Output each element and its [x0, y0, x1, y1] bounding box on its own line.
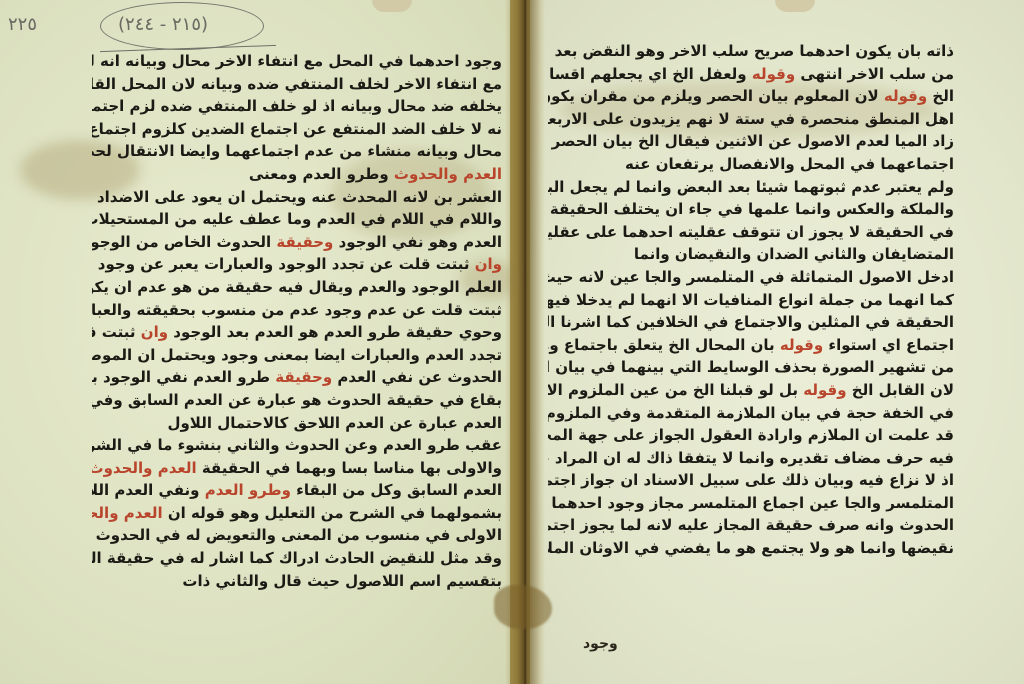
manuscript-line: زاد الميا لعدم الاصول عن الاثنين فيقال ا… [548, 130, 954, 153]
manuscript-line: ذاته بان يكون احدهما صريح سلب الاخر وهو … [548, 40, 954, 63]
rubric: وطرو العدم [205, 481, 291, 499]
manuscript-photo: ٢٢٥ (٢١٥ - ٢٤٤) وجود احدهما في المحل مع … [0, 0, 1024, 684]
manuscript-line: تجدد العدم والعبارات ايضا بمعنى وجود ويح… [92, 344, 502, 367]
rubric: وحقيقة [275, 368, 332, 386]
rubric: وقوله [752, 65, 795, 83]
manuscript-line: العدم عبارة عن العدم اللاحق كالاحتمال ال… [92, 412, 502, 435]
manuscript-line: العدم والحدوث وطرو العدم ومعنى [92, 163, 502, 186]
rubric: وان [141, 323, 168, 341]
manuscript-line: في الحقيقة لا يجوز ان تتوقف عقليته احدهم… [548, 221, 954, 244]
manuscript-line: نقيضها وانما هو ولا يجتمع هو ما يفضي في … [548, 537, 954, 560]
manuscript-line: مع انتفاء الاخر لخلف المنتفي ضده وبيانه … [92, 73, 502, 96]
manuscript-line: وحوي حقيقة طرو العدم هو العدم بعد الوجود… [92, 321, 502, 344]
manuscript-line: العشر بن لانه المحدث عنه ويحتمل ان يعود … [92, 186, 502, 209]
manuscript-line: عقب طرو العدم وعن الحدوث والثاني بنشوء م… [92, 434, 502, 457]
manuscript-line: ادخل الاصول المتماثلة في المتلمسر والجا … [548, 266, 954, 289]
manuscript-line: اذ لا نزاع فيه وبيان ذلك على سبيل الاسنا… [548, 469, 954, 492]
manuscript-line: بقاع في حقيقة الحدوث هو عبارة عن العدم ا… [92, 389, 502, 412]
binding-tab [775, 0, 815, 12]
manuscript-line: يخلفه ضد محال وبيانه اذ لو خلف المنتفي ض… [92, 95, 502, 118]
manuscript-line: الخ وقوله لان المعلوم بيان الحصر ويلزم م… [548, 85, 954, 108]
pencil-folio-range: (٢١٥ - ٢٤٤) [118, 14, 208, 35]
rubric: وقوله [884, 87, 927, 105]
manuscript-line: وقد مثل للنقيض الحادث ادراك كما اشار له … [92, 547, 502, 570]
manuscript-line: اهل المنطق منحصرة في ستة لا نهم يزيدون ع… [548, 108, 954, 131]
left-page-text: وجود احدهما في المحل مع انتفاء الاخر محا… [92, 50, 502, 592]
manuscript-line: بتقسيم اسم اللاصول حيث قال والثاني ذات [92, 570, 502, 593]
manuscript-line: ولم يعتبر عدم ثبوتهما شيئا بعد البعض وان… [548, 176, 954, 199]
right-page-text: ذاته بان يكون احدهما صريح سلب الاخر وهو … [548, 40, 954, 560]
manuscript-line: والاولى بها مناسا بسا وبهما في الحقيقة ا… [92, 457, 502, 480]
pencil-folio-number: ٢٢٥ [8, 14, 37, 35]
rubric: وقوله [780, 336, 823, 354]
manuscript-line: محال وبيانه منشاء من عدم اجتماعهما وايضا… [92, 140, 502, 163]
manuscript-line: والملكة والعكس وانما علمها في جاء ان يخت… [548, 198, 954, 221]
manuscript-line: الحدوث وانه صرف حقيقة المجاز عليه لانه ل… [548, 514, 954, 537]
manuscript-line: وان ثبتت قلت عن تجدد الوجود والعبارات يع… [92, 253, 502, 276]
manuscript-line: في الخفة حجة في بيان الملازمة المتقدمة و… [548, 402, 954, 425]
manuscript-line: واللام في اللام في العدم وما عطف عليه من… [92, 208, 502, 231]
manuscript-line: اجتماعهما في المحل والانفصال يرتفعان عنه [548, 153, 954, 176]
rubric: العدم والحدوث [92, 504, 163, 522]
manuscript-line: العلم الوجود والعدم ويقال فيه حقيقة من ه… [92, 276, 502, 299]
catchword: وجود [583, 636, 618, 652]
manuscript-line: الحدوث عن نفي العدم وحقيقة طرو العدم نفي… [92, 366, 502, 389]
rubric: وان [475, 255, 502, 273]
rubric: وحقيقة [276, 233, 333, 251]
manuscript-line: اجتماع اي استواء وقوله بان المحال الخ يت… [548, 334, 954, 357]
book-gutter [505, 0, 545, 684]
manuscript-line: من سلب الاخر انتهى وقوله ولعفل الخ اي يج… [548, 63, 954, 86]
manuscript-line: بشمولهما في الشرح من التعليل وهو قوله ان… [92, 502, 502, 525]
manuscript-line: من تشهير الصورة بحذف الوسايط التي بينهما… [548, 356, 954, 379]
manuscript-line: المتلمسر والجا عين اجماع المتلمسر مجاز و… [548, 492, 954, 515]
manuscript-line: المتضايفان والثاني الضدان والنقيضان وانم… [548, 243, 954, 266]
manuscript-line: وجود احدهما في المحل مع انتفاء الاخر محا… [92, 50, 502, 73]
manuscript-line: ثبتت قلت عن عدم وجود عدم من منسوب بحقيقت… [92, 299, 502, 322]
manuscript-line: العدم وهو نفي الوجود وحقيقة الحدوث الخاص… [92, 231, 502, 254]
manuscript-line: نه لا خلف الضد المنتفع عن اجتماع الضدين … [92, 118, 502, 141]
rubric: وقوله [803, 381, 846, 399]
manuscript-line: العدم السابق وكل من البقاء وطرو العدم ون… [92, 479, 502, 502]
manuscript-line: كما انهما من جملة انواع المنافيات الا ان… [548, 289, 954, 312]
manuscript-line: لان القابل الخ وقوله بل لو قبلنا الخ من … [548, 379, 954, 402]
manuscript-line: الاولى في منسوب من المعنى والتعويض له في… [92, 524, 502, 547]
manuscript-line: فيه حرف مضاف تقديره وانما لا يتفقا ذاك ل… [548, 447, 954, 470]
rubric: العدم والحدوث [92, 459, 197, 477]
manuscript-line: الحقيقة في المثلين والاجتماع في الخلافين… [548, 311, 954, 334]
manuscript-line: قد علمت ان الملازم وارادة العقول الجواز … [548, 424, 954, 447]
gutter-damage [494, 585, 552, 629]
binding-tab [372, 0, 412, 12]
rubric: العدم والحدوث [394, 165, 502, 183]
